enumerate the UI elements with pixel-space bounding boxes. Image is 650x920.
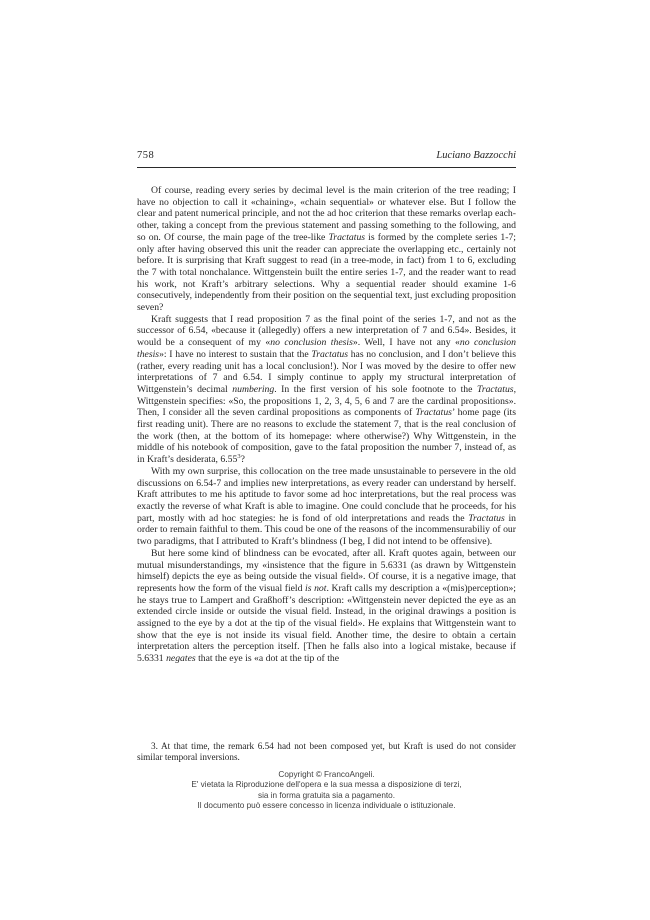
paragraph: Kraft suggests that I read proposition 7… <box>137 314 516 466</box>
footer-line: Copyright © FrancoAngeli. <box>137 770 516 780</box>
footer-line: Il documento può essere concesso in lice… <box>137 801 516 811</box>
footer-line: E' vietata la Riproduzione dell'opera e … <box>137 780 516 790</box>
paragraph: With my own surprise, this collocation o… <box>137 466 516 548</box>
footer-line: sia in forma gratuita sia a pagamento. <box>137 791 516 801</box>
article-body: Of course, reading every series by decim… <box>137 185 516 665</box>
paragraph: Of course, reading every series by decim… <box>137 185 516 314</box>
header-rule <box>137 167 516 168</box>
footnote-block: 3. At that time, the remark 6.54 had not… <box>137 741 516 764</box>
journal-page: 758 Luciano Bazzocchi Of course, reading… <box>0 0 650 920</box>
copyright-footer: Copyright © FrancoAngeli. E' vietata la … <box>137 770 516 811</box>
page-header: 758 Luciano Bazzocchi <box>137 150 516 161</box>
page-number: 758 <box>137 150 154 161</box>
footnote-text: 3. At that time, the remark 6.54 had not… <box>137 741 516 764</box>
paragraph: But here some kind of blindness can be e… <box>137 548 516 665</box>
running-header-author: Luciano Bazzocchi <box>436 150 516 161</box>
